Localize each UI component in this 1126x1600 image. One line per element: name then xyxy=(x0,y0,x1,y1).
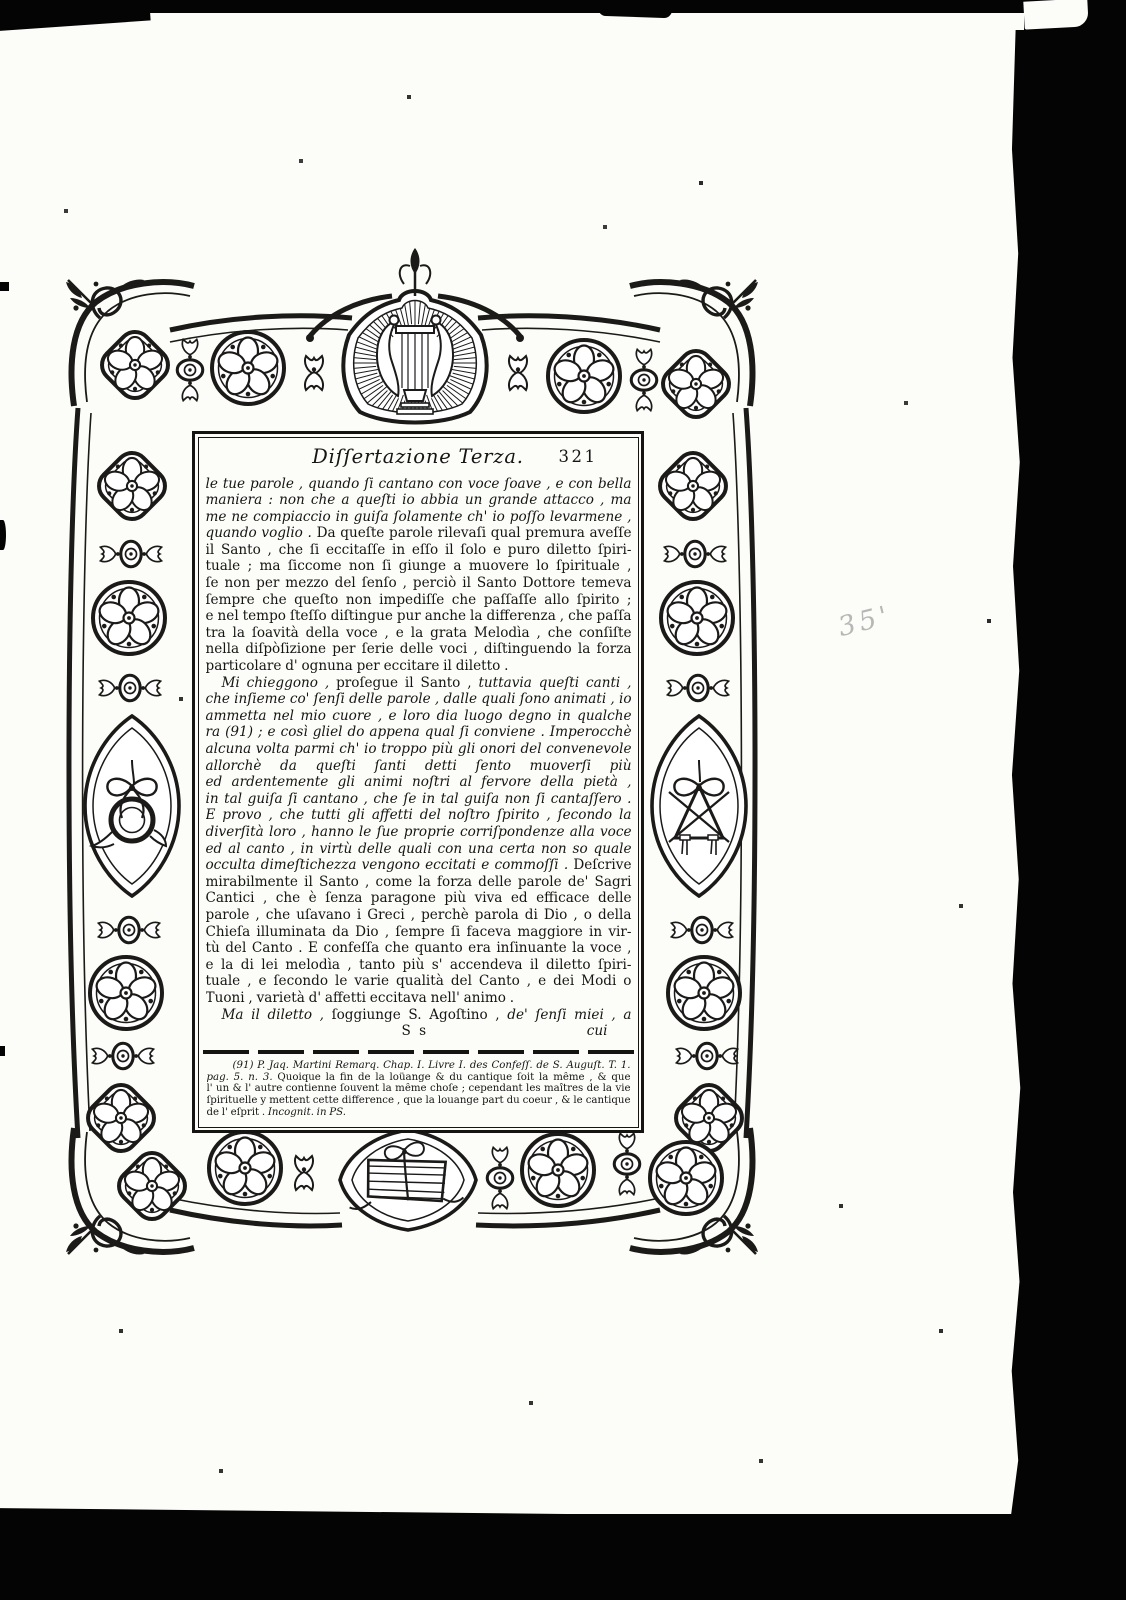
text-line: ſe non per mezzo del ſenſo , perciò il S… xyxy=(206,575,632,592)
scanned-book-page: { "document": { "header": { "title": "Di… xyxy=(0,0,1126,1600)
text-line: me ne compiaccio in guiſa ſolamente ch' … xyxy=(206,509,632,526)
text-line: tra la ſoavità della voce , e la grata M… xyxy=(206,625,632,642)
text-frame-box: Diſſertazione Terza. 321 le tue parole ,… xyxy=(192,431,644,1133)
pan-flute-cartouche xyxy=(340,1130,476,1230)
text-line: allorchè da queſti ſanti detti ſento muo… xyxy=(206,758,632,775)
hunting-horn-cartouche xyxy=(85,716,179,896)
text-line: e la di lei melodìa , tanto più s' accen… xyxy=(206,957,632,974)
page-number: 321 xyxy=(559,447,598,466)
text-line: il Santo , che ſi eccitaſſe in eſſo il ſ… xyxy=(206,542,632,559)
left-ornament-chain xyxy=(81,446,179,1157)
text-line: mirabilmente il Santo , come la forza de… xyxy=(206,874,632,891)
text-line: Mi chieggono , proſegue il Santo , tutta… xyxy=(206,675,632,692)
running-header: Diſſertazione Terza. 321 xyxy=(199,445,638,469)
text-line: ra (91) ; e così gliel do appena qual ſi… xyxy=(206,724,632,741)
text-line: particolare d' ognuna per eccitare il di… xyxy=(206,658,632,675)
text-line: in tal guiſa ſi cantano , che ſe in tal … xyxy=(206,791,632,808)
text-line: ammetta nel mio cuore , e loro dia luogo… xyxy=(206,708,632,725)
text-line: ſpirituelle y mettent cette difference ,… xyxy=(207,1095,631,1107)
text-line: ed ardentemente gli animi noſtri al ferv… xyxy=(206,774,632,791)
text-line: pag. 5. n. 3. Quoique la fin de la loüan… xyxy=(207,1072,631,1084)
footnote-separator-rule xyxy=(203,1050,634,1054)
text-line: nella diſpòſizione per ſerie delle voci … xyxy=(206,641,632,658)
text-line: Tuoni , varietà d' affetti eccitava nell… xyxy=(206,990,632,1007)
text-line: Chieſa illuminata da Dio , ſempre ſi fac… xyxy=(206,924,632,941)
main-text-block: le tue parole , quando ſi cantano con vo… xyxy=(206,476,632,1024)
text-line: ſempre che queſto non impediſſe che paſſ… xyxy=(206,592,632,609)
scan-blemish xyxy=(0,282,9,291)
signature-catchword-row: S s cui xyxy=(206,1023,632,1040)
text-line: e nel tempo ſteſſo diſtingue pur anche l… xyxy=(206,608,632,625)
text-line: ed al canto , in virtù delle quali con u… xyxy=(206,841,632,858)
signature-mark: S s xyxy=(401,1023,428,1039)
scan-blemish xyxy=(0,1046,5,1056)
text-line: le tue parole , quando ſi cantano con vo… xyxy=(206,476,632,493)
footnote-block: (91) P. Jaq. Martini Remarq. Chap. I. Li… xyxy=(207,1060,631,1119)
text-line: alcuna volta parmi ch' io troppo più gli… xyxy=(206,741,632,758)
scan-blemish xyxy=(0,520,6,550)
scan-edge-bottom xyxy=(0,1534,1126,1600)
text-line: tuale ; ma ſiccome non ſi giunge a muove… xyxy=(206,558,632,575)
text-line: l' un & l' autre contienne ſouvent la mê… xyxy=(207,1083,631,1095)
text-line: maniera : non che a queſti io abbia un g… xyxy=(206,492,632,509)
text-line: diverſità loro , hanno le ſue proprie co… xyxy=(206,824,632,841)
scan-edge-top xyxy=(0,0,1126,13)
text-line: E provo , che tutti gli affetti del noſt… xyxy=(206,807,632,824)
text-line: tuale , e ſecondo le varie qualità del C… xyxy=(206,973,632,990)
right-ornament-chain xyxy=(652,446,749,1157)
text-line: che inſieme co' ſenſi delle parole , dal… xyxy=(206,691,632,708)
page-title: Diſſertazione Terza. xyxy=(312,445,524,468)
text-frame-inner-rule: Diſſertazione Terza. 321 le tue parole ,… xyxy=(198,437,639,1128)
text-line: tù del Canto . E confeſſa che quanto era… xyxy=(206,940,632,957)
triangle-and-batons-cartouche xyxy=(652,716,746,896)
text-line: de l' eſprit . Incognit. in PS. xyxy=(207,1107,631,1119)
scan-edge-right xyxy=(1024,0,1126,1600)
text-line: Ma il diletto , ſoggiunge S. Agoſtino , … xyxy=(206,1007,632,1024)
text-line: (91) P. Jaq. Martini Remarq. Chap. I. Li… xyxy=(207,1060,631,1072)
scan-blemish-top xyxy=(598,3,672,19)
text-line: Cantici , che è ſenza paragone più viva … xyxy=(206,890,632,907)
catchword: cui xyxy=(587,1023,608,1039)
text-line: quando voglio . Da queſte parole rilevaſ… xyxy=(206,525,632,542)
page-corner-top-right xyxy=(1023,0,1088,30)
text-line: occulta dimeſtichezza vengono eccitati e… xyxy=(206,857,632,874)
scan-speckles xyxy=(0,0,2,2)
text-line: parole , che uſavano i Greci , perchè pa… xyxy=(206,907,632,924)
